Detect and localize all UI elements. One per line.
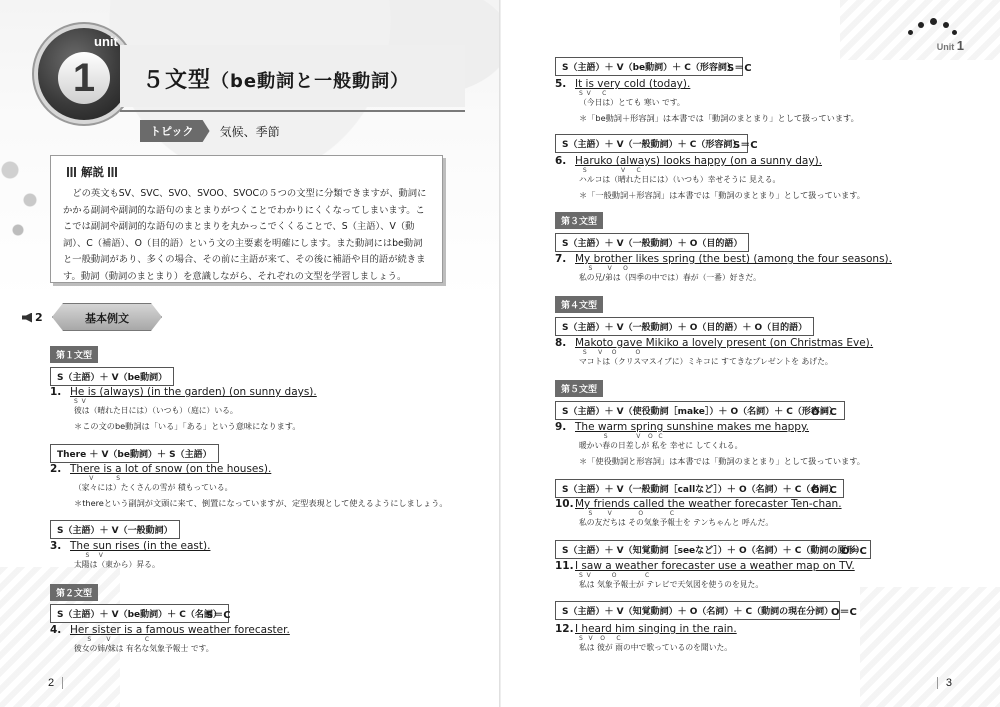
example-japanese: 彼は（晴れた日には）（いつも）（庭に）いる。 bbox=[74, 405, 317, 416]
example-number: 8. bbox=[555, 337, 575, 349]
example-number: 4. bbox=[50, 624, 70, 636]
formula-box: S（主語）＋ V（知覚動詞［seeなど］）＋ O（名詞）＋ C（動詞の原形） bbox=[555, 540, 871, 559]
page-number: 3 bbox=[937, 677, 952, 689]
example-english: My brother likes spring (the best) (amon… bbox=[575, 253, 892, 265]
group-tag: 第２文型 bbox=[50, 584, 98, 601]
example-number: 7. bbox=[555, 253, 575, 265]
example-japanese: 私は 彼が 雨の中で歌っているのを聞いた。 bbox=[579, 642, 737, 653]
example-english: The warm spring sunshine makes me happy. bbox=[575, 421, 809, 433]
formula-box: S（主語）＋ V（be動詞） bbox=[50, 367, 174, 386]
dot-icon bbox=[918, 22, 924, 28]
dot-icon bbox=[908, 30, 913, 35]
example-number: 2. bbox=[50, 463, 70, 475]
explanation-heading-text: 解説 bbox=[81, 164, 104, 180]
example-number: 11. bbox=[555, 560, 575, 572]
formula-box: S（主語）＋ V（一般動詞）＋ C（形容詞） bbox=[555, 134, 748, 153]
grammar-marks: S V O C bbox=[579, 510, 842, 517]
topic-tag: トピック bbox=[140, 120, 210, 142]
example-english: It is very cold (today). bbox=[575, 78, 690, 90]
title-box: ５文型（be動詞と一般動詞） bbox=[120, 45, 465, 107]
equation-label: S＝C bbox=[727, 59, 752, 74]
audio-track-marker[interactable]: 2 bbox=[22, 311, 43, 324]
example-english: I saw a weather forecaster use a weather… bbox=[575, 560, 855, 572]
right-page: Unit 1 S（主語）＋ V（be動詞）＋ C（形容詞） S＝C 5.It i… bbox=[500, 0, 1000, 707]
grammar-marks: S V C bbox=[579, 90, 859, 97]
formula-box: S（主語）＋ V（使役動詞［make］）＋ O（名詞）＋ C（形容詞） bbox=[555, 401, 845, 420]
section-header: 基本例文 bbox=[52, 303, 162, 331]
example-japanese: 暖かい春の日差しが 私を 幸せに してくれる。 bbox=[579, 440, 865, 451]
left-page: unit 1 ５文型（be動詞と一般動詞） トピック 気候、季節 解説 どの英文… bbox=[0, 0, 500, 707]
dot-icon bbox=[930, 18, 937, 25]
title-main: ５文型 bbox=[142, 68, 211, 93]
unit-badge: unit 1 bbox=[38, 28, 130, 120]
example-sentence: 10.My friends called the weather forecas… bbox=[555, 498, 842, 528]
speaker-icon bbox=[22, 313, 32, 323]
grammar-marks: V S bbox=[74, 475, 448, 482]
example-english: I heard him singing in the rain. bbox=[575, 623, 737, 635]
example-note: ＊thereという副詞が文頭に来て、倒置になっていますが、定型表現として使えるよ… bbox=[74, 498, 448, 509]
example-number: 1. bbox=[50, 386, 70, 398]
title-sub: （be動詞と一般動詞） bbox=[211, 71, 409, 92]
explanation-box: 解説 どの英文もSV、SVC、SVO、SVOO、SVOCの５つの文型に分類できま… bbox=[50, 155, 443, 283]
grammar-marks: S V O bbox=[579, 265, 892, 272]
formula-box: S（主語）＋ V（be動詞）＋ C（名詞） bbox=[50, 604, 229, 623]
example-english: Her sister is a famous weather forecaste… bbox=[70, 624, 290, 636]
example-note: ＊「使役動詞と形容詞」は本書では「動詞のまとまり」として扱っています。 bbox=[579, 456, 865, 467]
dot-icon bbox=[943, 22, 949, 28]
example-english: Haruko (always) looks happy (on a sunny … bbox=[575, 155, 822, 167]
formula-box: S（主語）＋ V（一般動詞）＋ O（目的語） bbox=[555, 233, 749, 252]
grammar-marks: S V C bbox=[74, 636, 290, 643]
example-english: He is (always) (in the garden) (on sunny… bbox=[70, 386, 317, 398]
grammar-marks: S V O C bbox=[579, 433, 865, 440]
grammar-marks: S V bbox=[74, 398, 317, 405]
example-number: 5. bbox=[555, 78, 575, 90]
equation-label: S＝C bbox=[206, 606, 231, 621]
group-tag: 第３文型 bbox=[555, 212, 603, 229]
unit-corner-number: 1 bbox=[957, 38, 964, 53]
equation-label: O＝C bbox=[811, 481, 837, 496]
example-note: ＊この文のbe動詞は「いる」「ある」という意味になります。 bbox=[74, 421, 317, 432]
equation-label: O＝C bbox=[831, 603, 857, 618]
grammar-marks: S V O C bbox=[579, 572, 855, 579]
example-sentence: 12.I heard him singing in the rain. S V … bbox=[555, 623, 737, 653]
textbook-spread: unit 1 ５文型（be動詞と一般動詞） トピック 気候、季節 解説 どの英文… bbox=[0, 0, 1000, 707]
example-number: 12. bbox=[555, 623, 575, 635]
unit-word: unit bbox=[94, 34, 118, 49]
example-japanese: 私の兄/弟は（四季の中では）春が（一番）好きだ。 bbox=[579, 272, 892, 283]
example-number: 9. bbox=[555, 421, 575, 433]
example-sentence: 11.I saw a weather forecaster use a weat… bbox=[555, 560, 855, 590]
unit-corner-label: Unit 1 bbox=[937, 38, 964, 53]
page-title: ５文型（be動詞と一般動詞） bbox=[142, 63, 409, 94]
example-japanese: 私の友だちは その気象予報士を テンちゃんと 呼んだ。 bbox=[579, 517, 842, 528]
example-sentence: 2.There is a lot of snow (on the houses)… bbox=[50, 463, 448, 509]
formula-box: S（主語）＋ V（一般動詞） bbox=[50, 520, 180, 539]
bars-icon bbox=[67, 167, 77, 177]
example-english: The sun rises (in the east). bbox=[70, 540, 210, 552]
topic-row: トピック 気候、季節 bbox=[140, 120, 280, 142]
group-tag: 第５文型 bbox=[555, 380, 603, 397]
unit-number: 1 bbox=[58, 52, 110, 104]
example-sentence: 1.He is (always) (in the garden) (on sun… bbox=[50, 386, 317, 432]
audio-track-number: 2 bbox=[35, 311, 43, 324]
example-japanese: 彼女の姉/妹は 有名な気象予報士 です。 bbox=[74, 643, 290, 654]
example-japanese: 私は 気象予報士が テレビで天気図を使うのを見た。 bbox=[579, 579, 855, 590]
grammar-marks: S V C bbox=[579, 167, 865, 174]
example-number: 3. bbox=[50, 540, 70, 552]
example-sentence: 6.Haruko (always) looks happy (on a sunn… bbox=[555, 155, 865, 201]
explanation-heading: 解説 bbox=[63, 164, 430, 180]
decorative-stripes bbox=[860, 587, 1000, 707]
equation-label: O＝C bbox=[811, 403, 837, 418]
group-tag: 第１文型 bbox=[50, 346, 98, 363]
example-sentence: 5.It is very cold (today). S V C （今日は）とて… bbox=[555, 78, 859, 124]
example-japanese: マコトは（クリスマスイブに）ミキコに すてきなプレゼントを あげた。 bbox=[579, 356, 873, 367]
grammar-marks: S V O C bbox=[579, 635, 737, 642]
example-sentence: 7.My brother likes spring (the best) (am… bbox=[555, 253, 892, 283]
example-english: Makoto gave Mikiko a lovely present (on … bbox=[575, 337, 873, 349]
title-divider bbox=[120, 110, 465, 112]
example-japanese: （今日は）とても 寒い です。 bbox=[579, 97, 859, 108]
formula-box: S（主語）＋ V（一般動詞）＋ O（目的語）＋ O（目的語） bbox=[555, 317, 814, 336]
formula-box: There ＋ V（be動詞）＋ S（主語） bbox=[50, 444, 219, 463]
example-sentence: 9.The warm spring sunshine makes me happ… bbox=[555, 421, 865, 467]
example-note: ＊「be動詞＋形容詞」は本書では「動詞のまとまり」として扱っています。 bbox=[579, 113, 859, 124]
example-number: 6. bbox=[555, 155, 575, 167]
example-japanese: （家々には）たくさんの雪が 積もっている。 bbox=[74, 482, 448, 493]
unit-corner-mark: Unit 1 bbox=[894, 16, 964, 56]
explanation-body: どの英文もSV、SVC、SVO、SVOO、SVOCの５つの文型に分類できますが、… bbox=[63, 186, 430, 285]
formula-box: S（主語）＋ V（be動詞）＋ C（形容詞） bbox=[555, 57, 743, 76]
example-english: There is a lot of snow (on the houses). bbox=[70, 463, 271, 475]
example-note: ＊「一般動詞＋形容詞」は本書では「動詞のまとまり」として扱っています。 bbox=[579, 190, 865, 201]
example-sentence: 4.Her sister is a famous weather forecas… bbox=[50, 624, 290, 654]
page-number: 2 bbox=[48, 677, 63, 689]
equation-label: S＝C bbox=[733, 136, 758, 151]
bars-icon bbox=[108, 167, 118, 177]
example-sentence: 8.Makoto gave Mikiko a lovely present (o… bbox=[555, 337, 873, 367]
example-sentence: 3.The sun rises (in the east). S V 太陽は（東… bbox=[50, 540, 210, 570]
example-english: My friends called the weather forecaster… bbox=[575, 498, 842, 510]
topic-value: 気候、季節 bbox=[220, 123, 280, 140]
formula-box: S（主語）＋ V（一般動詞［callなど］）＋ O（名詞）＋ C（名詞） bbox=[555, 479, 844, 498]
formula-box: S（主語）＋ V（知覚動詞）＋ O（名詞）＋ C（動詞の現在分詞） bbox=[555, 601, 840, 620]
example-japanese: 太陽は（東から）昇る。 bbox=[74, 559, 210, 570]
section-title: 基本例文 bbox=[53, 310, 161, 326]
group-tag: 第４文型 bbox=[555, 296, 603, 313]
grammar-marks: S V bbox=[74, 552, 210, 559]
example-japanese: ハルコは（晴れた日には）（いつも）幸せそうに 見える。 bbox=[579, 174, 865, 185]
equation-label: O＝C bbox=[841, 542, 867, 557]
dot-icon bbox=[952, 30, 957, 35]
example-number: 10. bbox=[555, 498, 575, 510]
grammar-marks: S V O O bbox=[579, 349, 873, 356]
unit-corner-word: Unit bbox=[937, 42, 955, 52]
